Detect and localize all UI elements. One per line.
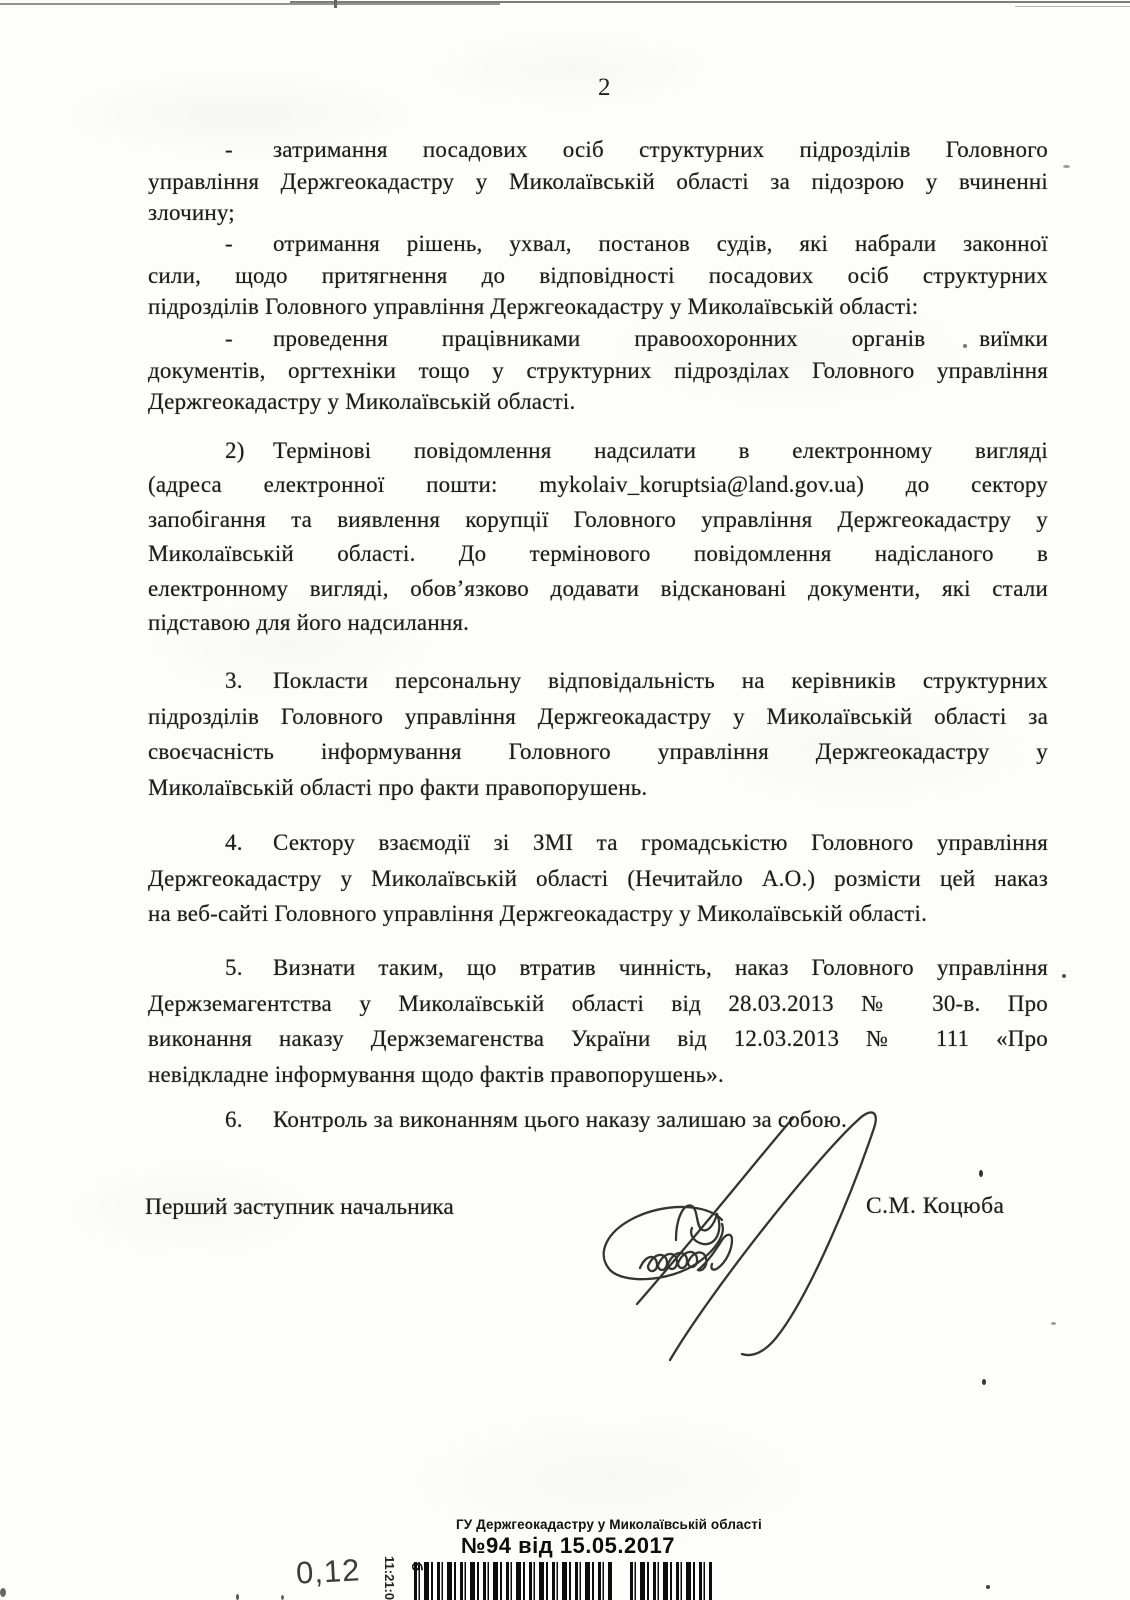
text-line: підрозділів Головного управління Держгео… [148,291,1048,323]
text-line: Визнати таким, що втратив чинність, нака… [273,950,1048,986]
paragraph-item-3: 3. Покласти персональну відповідальність… [148,663,1048,805]
stamp-number-date: №94 від 15.05.2017 [461,1533,675,1559]
scan-speck [963,344,967,348]
barcode [414,1562,612,1600]
signer-title: Перший заступник начальника [145,1194,454,1221]
list-marker: - [225,134,233,166]
list-marker: 6. [225,1102,243,1137]
text-line: Миколаївській області про факти правопор… [148,770,1048,806]
stamp-time-vertical: 11:21:05 [382,1556,397,1600]
handwritten-signature [570,1092,900,1372]
list-marker: - [225,323,233,355]
barcode [630,1562,712,1600]
paragraph-item-5: 5. Визнати таким, що втратив чинність, н… [148,950,1048,1092]
text-line: проведення працівниками правоохоронних о… [273,323,1048,355]
list-marker: 2) [225,434,245,468]
scan-edge-line [0,3,500,5]
list-marker: 3. [225,663,243,699]
scanned-document-page: 2 - затримання посадових осіб структурни… [0,0,1130,1600]
text-line: Покласти персональну відповідальність на… [273,663,1048,699]
text-line: Держгеокадастру у Миколаївській області … [148,861,1048,897]
text-line: Миколаївській області. До термінового по… [148,537,1048,571]
scan-speck [979,1170,983,1177]
scan-speck [0,1588,6,1597]
text-line: Держгеокадастру у Миколаївській області. [148,386,1048,418]
text-line: сили, щодо притягнення до відповідності … [148,260,1048,292]
scan-speck [1062,974,1066,978]
text-line: затримання посадових осіб структурних пі… [273,134,1048,166]
page-number: 2 [598,74,611,102]
scan-speck [236,1594,239,1600]
stamp-batch-letter: б [408,1562,425,1571]
text-line: злочину; [148,197,1048,229]
text-line: запобігання та виявлення корупції Головн… [148,503,1048,537]
stamp-organization: ГУ Держгеокадастру у Миколаївській облас… [456,1517,762,1532]
text-line: документів, оргтехніки тощо у структурни… [148,355,1048,387]
text-line: Сектору взаємодії зі ЗМІ та громадськіст… [273,825,1048,861]
list-marker: - [225,228,233,260]
scan-speck [1051,1322,1056,1325]
text-line: управління Держгеокадастру у Миколаївськ… [148,166,1048,198]
paragraph-seizure: - проведення працівниками правоохоронних… [148,323,1048,418]
paragraph-court-decisions: - отримання рішень, ухвал, постанов суді… [148,228,1048,323]
text-line: підрозділів Головного управління Держгео… [148,699,1048,735]
text-line: невідкладне інформування щодо фактів пра… [148,1057,1048,1093]
text-line: своєчасність інформування Головного упра… [148,734,1048,770]
text-line: на веб-сайті Головного управління Держге… [148,896,1048,932]
scan-speck [281,1595,284,1600]
scan-edge-line [290,1,1130,3]
paragraph-detention: - затримання посадових осіб структурних … [148,134,1048,229]
scan-edge-line [1015,6,1130,7]
text-line: виконання наказу Держземагенства України… [148,1021,1048,1057]
text-line: підставою для його надсилання. [148,606,1048,640]
paragraph-item-2: 2) Термінові повідомлення надсилати в ел… [148,434,1048,640]
list-marker: 5. [225,950,243,986]
text-line: електронному вигляді, обов’язково додава… [148,572,1048,606]
scan-smudge [420,30,720,110]
text-line: отримання рішень, ухвал, постанов судів,… [273,228,1048,260]
text-line: (адреса електронної пошти: mykolaiv_koru… [148,468,1048,502]
scan-speck [1063,165,1070,168]
text-line: Термінові повідомлення надсилати в елект… [273,434,1048,468]
handwritten-number: 0,12 [295,1552,361,1591]
scan-speck [982,1379,986,1385]
scan-speck [986,1585,990,1589]
paragraph-item-4: 4. Сектору взаємодії зі ЗМІ та громадськ… [148,825,1048,932]
scan-edge-tick [334,0,337,8]
list-marker: 4. [225,825,243,861]
text-line: Держземагентства у Миколаївській області… [148,986,1048,1022]
